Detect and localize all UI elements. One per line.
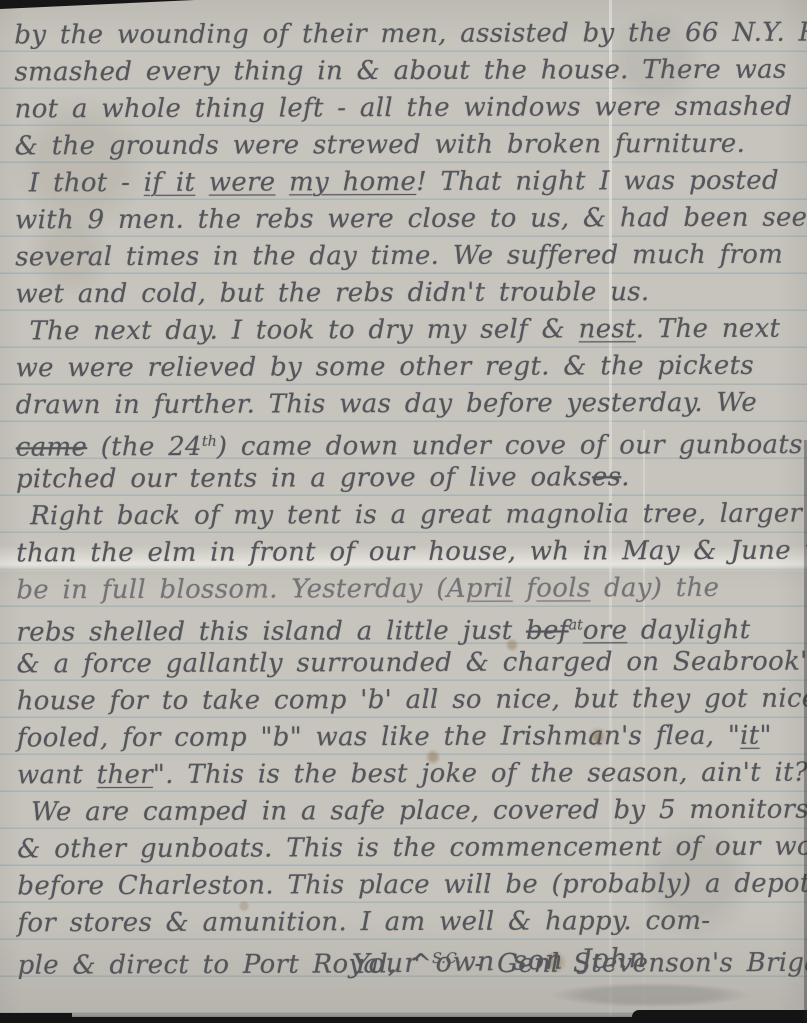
letter-line: than the elm in front of our house, wh i… bbox=[16, 533, 796, 573]
handwritten-text: & the grounds were strewed with broken f… bbox=[15, 129, 745, 162]
letter-line: I thot - if it were my home! That night … bbox=[15, 163, 795, 203]
letter-line: house for to take comp 'b' all so nice, … bbox=[17, 681, 797, 721]
handwritten-text: pitched our tents in a grove of live oak… bbox=[16, 462, 592, 494]
handwritten-text: be in full blossom. Yesterday (A bbox=[16, 574, 466, 606]
letter-line: not a whole thing left - all the windows… bbox=[15, 89, 795, 129]
letter-line: wet and cold, but the rebs didn't troubl… bbox=[15, 274, 795, 314]
underlined-text: pril bbox=[466, 574, 513, 604]
handwritten-text: want bbox=[17, 760, 97, 790]
letter-line: for stores & amunition. I am well & happ… bbox=[17, 903, 797, 943]
letter-line: The next day. I took to dry my self & ne… bbox=[15, 311, 795, 351]
letter-line: smashed every thing in & about the house… bbox=[14, 52, 794, 92]
handwritten-text: f bbox=[513, 574, 537, 604]
underlined-text: ools bbox=[536, 573, 590, 603]
struck-out-text: came bbox=[16, 432, 87, 462]
underlined-text: ther bbox=[97, 760, 153, 790]
handwritten-text: with 9 men. the rebs were close to us, &… bbox=[15, 203, 807, 236]
bottom-right-photo-edge bbox=[632, 1010, 807, 1023]
underlined-text: ore bbox=[583, 616, 627, 646]
handwritten-text: we were relieved by some other regt. & t… bbox=[15, 351, 754, 384]
letter-line: we were relieved by some other regt. & t… bbox=[15, 348, 795, 388]
underlined-text: were bbox=[209, 167, 276, 197]
handwritten-text: & other gunboats. This is the commenceme… bbox=[17, 831, 807, 864]
handwritten-text: day) the bbox=[590, 573, 719, 603]
handwritten-text: . bbox=[621, 462, 630, 492]
letter-line: want ther". This is the best joke of the… bbox=[17, 755, 797, 795]
underlined-text: my home bbox=[289, 167, 416, 197]
handwritten-text: drawn in further. This was day before ye… bbox=[16, 388, 757, 421]
letter-line: rebs shelled this island a little just b… bbox=[16, 607, 796, 647]
handwritten-text: ) came down under cove of our gunboats & bbox=[217, 430, 807, 462]
letter-line: be in full blossom. Yesterday (April foo… bbox=[16, 570, 796, 610]
handwritten-text: Right back of my tent is a great magnoli… bbox=[30, 499, 802, 532]
handwritten-text: (the 24 bbox=[87, 432, 202, 462]
letter-line: & other gunboats. This is the commenceme… bbox=[17, 829, 797, 869]
struck-out-text: bef bbox=[526, 616, 569, 646]
letter-line: drawn in further. This was day before ye… bbox=[16, 385, 796, 425]
letter-line: & a force gallantly surrounded & charged… bbox=[17, 644, 797, 684]
superscript-insert: at bbox=[569, 617, 583, 633]
letter-body: by the wounding of their men, assisted b… bbox=[14, 15, 797, 980]
bottom-left-photo-edge bbox=[0, 1013, 72, 1023]
letter-line: with 9 men. the rebs were close to us, &… bbox=[15, 200, 795, 240]
handwritten-text: & a force gallantly surrounded & charged… bbox=[17, 647, 807, 680]
handwritten-text: rebs shelled this island a little just bbox=[16, 616, 526, 648]
handwritten-text: before Charleston. This place will be (p… bbox=[17, 869, 807, 902]
handwritten-text: several times in the day time. We suffer… bbox=[15, 240, 783, 273]
underlined-text: it bbox=[740, 721, 759, 751]
letter-line: & the grounds were strewed with broken f… bbox=[15, 126, 795, 166]
handwritten-text: I thot - bbox=[29, 168, 144, 198]
handwritten-text: not a whole thing left - all the windows… bbox=[15, 92, 793, 125]
handwritten-text: daylight bbox=[627, 615, 750, 645]
letter-line: Right back of my tent is a great magnoli… bbox=[16, 496, 796, 536]
handwritten-text: fooled, for comp "b" was like the Irishm… bbox=[17, 721, 740, 754]
letter-line: by the wounding of their men, assisted b… bbox=[14, 15, 794, 55]
handwritten-text: smashed every thing in & about the house… bbox=[14, 55, 786, 88]
letter-line: fooled, for comp "b" was like the Irishm… bbox=[17, 718, 797, 758]
handwritten-text: ". This is the best joke of the season, … bbox=[153, 758, 807, 790]
underlined-text: if it bbox=[144, 168, 196, 198]
handwritten-text: wet and cold, but the rebs didn't troubl… bbox=[15, 277, 649, 309]
handwritten-text: The next day. I took to dry my self & bbox=[29, 314, 578, 346]
handwritten-text bbox=[275, 167, 289, 197]
handwritten-text: . The next bbox=[636, 314, 781, 345]
handwritten-text: house for to take comp 'b' all so nice, … bbox=[17, 683, 807, 716]
letter-page: by the wounding of their men, assisted b… bbox=[0, 0, 807, 1023]
handwritten-text: for stores & amunition. I am well & happ… bbox=[17, 906, 710, 938]
letter-line: several times in the day time. We suffer… bbox=[15, 237, 795, 277]
letter-line: pitched our tents in a grove of live oak… bbox=[16, 459, 796, 499]
handwritten-text: by the wounding of their men, assisted b… bbox=[14, 17, 807, 50]
letter-line: came (the 24th) came down under cove of … bbox=[16, 422, 796, 462]
torn-corner-top-left bbox=[0, 0, 195, 9]
handwritten-text bbox=[195, 168, 209, 198]
underlined-text: nest bbox=[579, 314, 636, 344]
struck-out-text: es bbox=[592, 462, 621, 492]
handwritten-text: ! That night I was posted bbox=[416, 166, 779, 197]
handwritten-text: than the elm in front of our house, wh i… bbox=[16, 535, 807, 568]
handwritten-text: We are camped in a safe place, covered b… bbox=[31, 795, 807, 828]
superscript-insert: th bbox=[202, 434, 217, 450]
handwritten-text: " bbox=[759, 721, 771, 751]
signature-text: Your own son John bbox=[352, 943, 647, 980]
letter-line: We are camped in a safe place, covered b… bbox=[17, 792, 797, 832]
letter-line: before Charleston. This place will be (p… bbox=[17, 866, 797, 906]
